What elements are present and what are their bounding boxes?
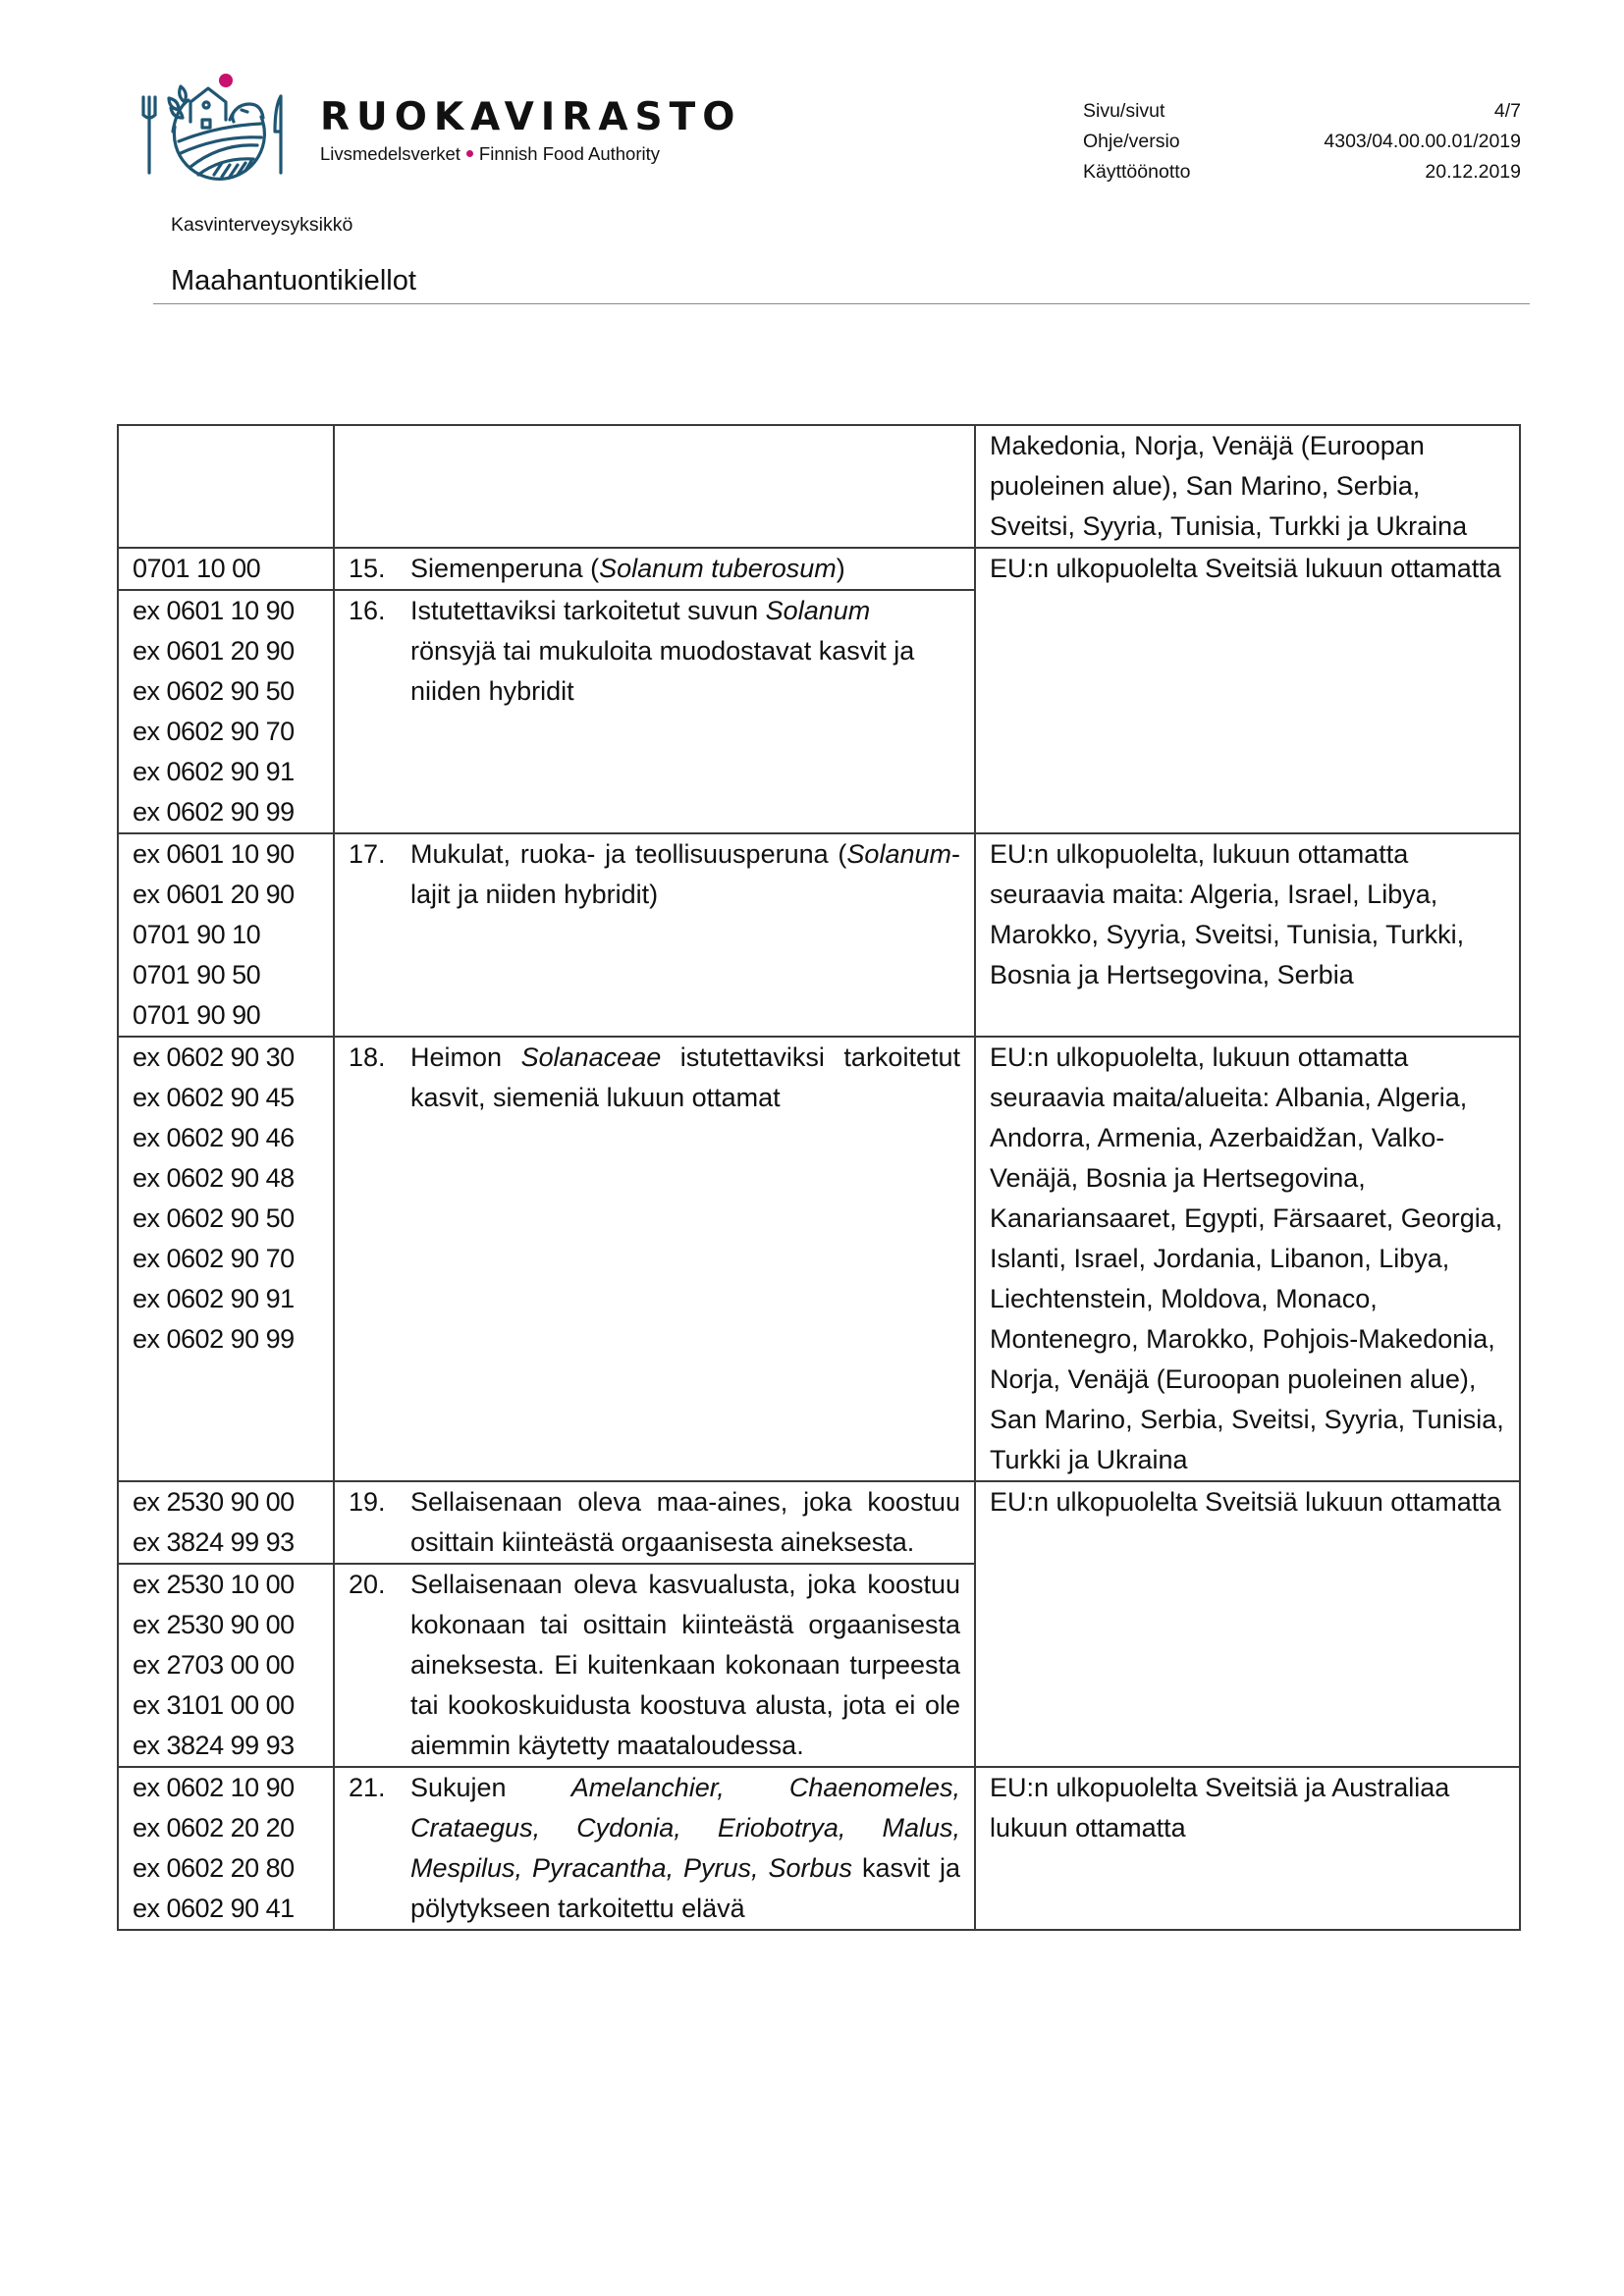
header-divider — [153, 303, 1530, 304]
item-number: 20. — [349, 1565, 410, 1766]
product-description-cell: 20.Sellaisenaan oleva kasvualusta, joka … — [334, 1564, 975, 1767]
cn-code: ex 0602 90 46 — [133, 1118, 319, 1158]
cn-code: ex 0601 10 90 — [133, 591, 319, 631]
cn-codes-cell: ex 2530 90 00ex 3824 99 93 — [118, 1481, 334, 1564]
cn-code: ex 0602 90 48 — [133, 1158, 319, 1199]
numbered-item: 16.Istutettaviksi tarkoitetut suvun Sola… — [349, 591, 960, 712]
cn-codes-cell: ex 0601 10 90ex 0601 20 900701 90 100701… — [118, 833, 334, 1037]
item-number: 18. — [349, 1038, 410, 1118]
cn-code: ex 0602 90 50 — [133, 671, 319, 712]
item-number: 17. — [349, 834, 410, 915]
cn-code: ex 2530 90 00 — [133, 1605, 319, 1645]
meta-value: 4303/04.00.00.01/2019 — [1324, 127, 1521, 157]
cn-code: ex 0602 90 41 — [133, 1889, 319, 1929]
description-text: Heimon — [410, 1042, 521, 1072]
item-description: Mukulat, ruoka- ja teollisuusperuna (Sol… — [410, 834, 960, 915]
item-description: Sellaisenaan oleva maa-aines, joka koost… — [410, 1482, 960, 1563]
meta-row-effective-date: Käyttöönotto 20.12.2019 — [1083, 157, 1521, 187]
origin-cell: EU:n ulkopuolelta Sveitsiä ja Australiaa… — [975, 1767, 1520, 1930]
cn-codes-cell: ex 0602 10 90ex 0602 20 20ex 0602 20 80e… — [118, 1767, 334, 1930]
cn-code: ex 0602 90 91 — [133, 752, 319, 792]
origin-cell: EU:n ulkopuolelta, lukuun ottamatta seur… — [975, 1037, 1520, 1481]
cn-code: ex 0602 20 20 — [133, 1808, 319, 1848]
cn-code: ex 2703 00 00 — [133, 1645, 319, 1685]
product-description-cell — [334, 425, 975, 548]
cn-code: ex 0601 20 90 — [133, 631, 319, 671]
farm-plate-icon — [135, 73, 293, 181]
brand-subtitle: LivsmedelsverketFinnish Food Authority — [320, 143, 741, 165]
cn-codes-cell — [118, 425, 334, 548]
cn-code: 0701 90 50 — [133, 955, 319, 995]
numbered-item: 19.Sellaisenaan oleva maa-aines, joka ko… — [349, 1482, 960, 1563]
table-row: Makedonia, Norja, Venäjä (Euroopan puole… — [118, 425, 1520, 548]
cn-code: ex 2530 90 00 — [133, 1482, 319, 1522]
table-row: 0701 10 0015.Siemenperuna (Solanum tuber… — [118, 548, 1520, 590]
numbered-item: 20.Sellaisenaan oleva kasvualusta, joka … — [349, 1565, 960, 1766]
description-text: Sellaisenaan oleva maa-aines, joka koost… — [410, 1487, 960, 1557]
product-description-cell: 16.Istutettaviksi tarkoitetut suvun Sola… — [334, 590, 975, 833]
meta-row-page: Sivu/sivut 4/7 — [1083, 96, 1521, 127]
meta-value: 4/7 — [1494, 96, 1521, 127]
brand-block: RUOKAVIRASTO LivsmedelsverketFinnish Foo… — [320, 98, 741, 165]
cn-code: ex 2530 10 00 — [133, 1565, 319, 1605]
description-text: Sukujen — [410, 1773, 571, 1802]
description-text: ) — [837, 554, 845, 583]
cn-code: ex 0602 20 80 — [133, 1848, 319, 1889]
item-number: 19. — [349, 1482, 410, 1563]
cn-code: ex 0602 90 45 — [133, 1078, 319, 1118]
scientific-name: Solanaceae — [521, 1042, 662, 1072]
product-description-cell: 17.Mukulat, ruoka- ja teollisuusperuna (… — [334, 833, 975, 1037]
item-description: Heimon Solanaceae istutettaviksi tarkoit… — [410, 1038, 960, 1118]
unit-name: Kasvinterveysyksikkö — [171, 214, 352, 237]
cn-code: ex 0602 90 70 — [133, 1239, 319, 1279]
origin-cell: EU:n ulkopuolelta Sveitsiä lukuun ottama… — [975, 548, 1520, 833]
cn-codes-cell: ex 0602 90 30ex 0602 90 45ex 0602 90 46e… — [118, 1037, 334, 1481]
cn-code: ex 0602 90 99 — [133, 792, 319, 832]
scientific-name: Solanum tuberosum — [599, 554, 837, 583]
cn-codes-cell: ex 2530 10 00ex 2530 90 00ex 2703 00 00e… — [118, 1564, 334, 1767]
brand-subtitle-sv: Livsmedelsverket — [320, 143, 460, 164]
item-description: Sukujen Amelanchier, Chaenomeles, Cratae… — [410, 1768, 960, 1929]
table-row: ex 0601 10 90ex 0601 20 900701 90 100701… — [118, 833, 1520, 1037]
cn-code: 0701 90 90 — [133, 995, 319, 1036]
brand-name: RUOKAVIRASTO — [320, 98, 741, 137]
description-text: rönsyjä tai mukuloita muodostavat kasvit… — [410, 636, 914, 706]
ruokavirasto-logo — [135, 73, 293, 181]
cn-codes-cell: ex 0601 10 90ex 0601 20 90ex 0602 90 50e… — [118, 590, 334, 833]
numbered-item: 21.Sukujen Amelanchier, Chaenomeles, Cra… — [349, 1768, 960, 1929]
table-row: ex 0602 90 30ex 0602 90 45ex 0602 90 46e… — [118, 1037, 1520, 1481]
scientific-name: Solanum — [846, 839, 951, 869]
cn-code: 0701 90 10 — [133, 915, 319, 955]
meta-row-version: Ohje/versio 4303/04.00.00.01/2019 — [1083, 127, 1521, 157]
bullet-dot-icon — [466, 150, 473, 157]
numbered-item: 17.Mukulat, ruoka- ja teollisuusperuna (… — [349, 834, 960, 915]
origin-cell: EU:n ulkopuolelta, lukuun ottamatta seur… — [975, 833, 1520, 1037]
table-body: Makedonia, Norja, Venäjä (Euroopan puole… — [118, 425, 1520, 1930]
cn-code: ex 0602 90 50 — [133, 1199, 319, 1239]
sun-dot-icon — [219, 74, 233, 87]
numbered-item: 18.Heimon Solanaceae istutettaviksi tark… — [349, 1038, 960, 1118]
item-number: 16. — [349, 591, 410, 712]
product-description-cell: 19.Sellaisenaan oleva maa-aines, joka ko… — [334, 1481, 975, 1564]
cn-code: ex 3824 99 93 — [133, 1522, 319, 1563]
cn-code: ex 3101 00 00 — [133, 1685, 319, 1726]
scientific-name: Solanum — [766, 596, 871, 625]
origin-cell: Makedonia, Norja, Venäjä (Euroopan puole… — [975, 425, 1520, 548]
cn-code: ex 0602 10 90 — [133, 1768, 319, 1808]
item-description: Istutettaviksi tarkoitetut suvun Solanum… — [410, 591, 960, 712]
meta-label: Käyttöönotto — [1083, 157, 1191, 187]
description-text: Istutettaviksi tarkoitetut suvun — [410, 596, 766, 625]
meta-label: Ohje/versio — [1083, 127, 1180, 157]
item-description: Sellaisenaan oleva kasvualusta, joka koo… — [410, 1565, 960, 1766]
item-description: Siemenperuna (Solanum tuberosum) — [410, 549, 960, 589]
product-description-cell: 15.Siemenperuna (Solanum tuberosum) — [334, 548, 975, 590]
numbered-item: 15.Siemenperuna (Solanum tuberosum) — [349, 549, 960, 589]
meta-label: Sivu/sivut — [1083, 96, 1164, 127]
description-text: Sellaisenaan oleva kasvualusta, joka koo… — [410, 1570, 960, 1760]
meta-value: 20.12.2019 — [1425, 157, 1521, 187]
cn-codes-cell: 0701 10 00 — [118, 548, 334, 590]
product-description-cell: 18.Heimon Solanaceae istutettaviksi tark… — [334, 1037, 975, 1481]
cn-code: 0701 10 00 — [133, 549, 319, 589]
document-meta: Sivu/sivut 4/7 Ohje/versio 4303/04.00.00… — [1083, 96, 1521, 187]
table-row: ex 0602 10 90ex 0602 20 20ex 0602 20 80e… — [118, 1767, 1520, 1930]
item-number: 21. — [349, 1768, 410, 1929]
cn-code: ex 0602 90 91 — [133, 1279, 319, 1319]
cn-code: ex 0601 20 90 — [133, 875, 319, 915]
cn-code: ex 0601 10 90 — [133, 834, 319, 875]
cn-code: ex 0602 90 70 — [133, 712, 319, 752]
brand-subtitle-en: Finnish Food Authority — [479, 143, 660, 164]
cn-code: ex 0602 90 99 — [133, 1319, 319, 1360]
cn-code: ex 0602 90 30 — [133, 1038, 319, 1078]
origin-cell: EU:n ulkopuolelta Sveitsiä lukuun ottama… — [975, 1481, 1520, 1767]
page-title: Maahantuontikiellot — [171, 265, 416, 297]
description-text: Mukulat, ruoka- ja teollisuusperuna ( — [410, 839, 846, 869]
cn-code: ex 3824 99 93 — [133, 1726, 319, 1766]
item-number: 15. — [349, 549, 410, 589]
import-ban-table: Makedonia, Norja, Venäjä (Euroopan puole… — [117, 424, 1521, 1931]
product-description-cell: 21.Sukujen Amelanchier, Chaenomeles, Cra… — [334, 1767, 975, 1930]
description-text: Siemenperuna ( — [410, 554, 599, 583]
table-row: ex 2530 90 00ex 3824 99 9319.Sellaisenaa… — [118, 1481, 1520, 1564]
